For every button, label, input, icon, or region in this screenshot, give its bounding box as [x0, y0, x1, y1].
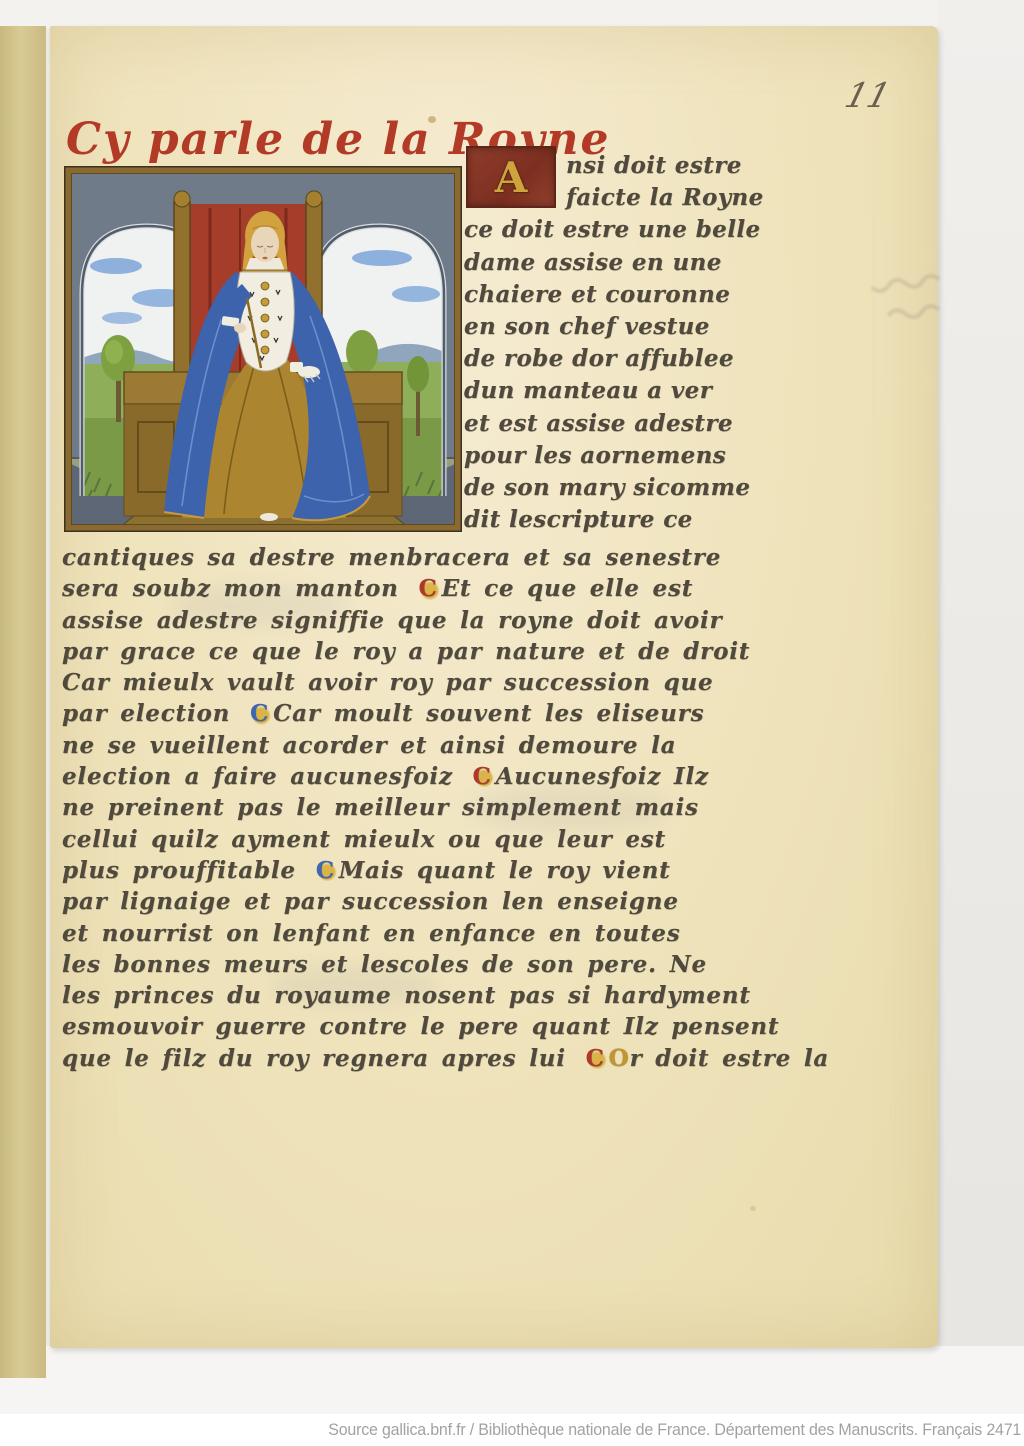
- text-line: dame assise en une: [464, 247, 824, 279]
- body-text-block: cantiques sa destre menbracera et sa sen…: [62, 542, 822, 1074]
- chapter-opening-text: nsi doit estrefaicte la Roynece doit est…: [464, 150, 824, 536]
- text-line: en son chef vestue: [464, 311, 824, 343]
- queen-miniature: [64, 166, 462, 532]
- text-line: faicte la Royne: [464, 182, 824, 214]
- text-line: Car mieulx vault avoir roy par successio…: [62, 667, 822, 698]
- text-line: chaiere et couronne: [464, 279, 824, 311]
- text-segment: cellui quilz ayment mieulx ou que leur e…: [62, 826, 666, 853]
- text-segment: de son mary sicomme: [464, 474, 750, 501]
- text-line: dit lescripture ce: [464, 504, 824, 536]
- scanner-background-top: [0, 0, 1024, 28]
- text-segment: Car moult souvent les eliseurs: [273, 700, 704, 727]
- text-line: ne preinent pas le meilleur simplement m…: [62, 792, 822, 823]
- text-segment: Car mieulx vault avoir roy par successio…: [62, 669, 713, 696]
- text-segment: par election: [62, 700, 243, 727]
- text-line: ne se vueillent acorder et ainsi demoure…: [62, 730, 822, 761]
- pilcrow-mark: C: [314, 855, 337, 886]
- text-segment: chaiere et couronne: [464, 281, 730, 308]
- text-segment: assise adestre signiffie que la royne do…: [62, 607, 722, 634]
- text-segment: de robe dor affublee: [464, 345, 734, 372]
- parchment-stain: [750, 1206, 756, 1211]
- text-line: cantiques sa destre menbracera et sa sen…: [62, 542, 822, 573]
- text-segment: les bonnes meurs et lescoles de son pere…: [62, 951, 707, 978]
- text-line: pour les aornemens: [464, 440, 824, 472]
- text-segment: pour les aornemens: [464, 442, 726, 469]
- text-segment: et nourrist on lenfant en enfance en tou…: [62, 920, 680, 947]
- text-segment: r doit estre la: [630, 1045, 830, 1072]
- gold-initial: O: [609, 1045, 630, 1072]
- text-line: plus prouffitable CMais quant le roy vie…: [62, 855, 822, 886]
- text-segment: dun manteau a ver: [464, 377, 712, 404]
- text-segment: cantiques sa destre menbracera et sa sen…: [62, 544, 721, 571]
- text-line: de robe dor affublee: [464, 343, 824, 375]
- text-segment: ne preinent pas le meilleur simplement m…: [62, 794, 699, 821]
- text-segment: dit lescripture ce: [464, 506, 693, 533]
- text-segment: dame assise en une: [464, 249, 722, 276]
- scanner-background-right: [938, 0, 1024, 1414]
- pilcrow-mark: C: [584, 1043, 607, 1074]
- text-segment: sera soubz mon manton: [62, 575, 411, 602]
- text-line: par grace ce que le roy a par nature et …: [62, 636, 822, 667]
- text-line: par lignaige et par succession len ensei…: [62, 886, 822, 917]
- pilcrow-mark: C: [416, 573, 439, 604]
- text-segment: election a faire aucunesfoiz: [62, 763, 466, 790]
- ink-showthrough: [850, 251, 953, 357]
- text-segment: Aucunesfoiz Ilz: [496, 763, 709, 790]
- text-line: election a faire aucunesfoiz CAucunesfoi…: [62, 761, 822, 792]
- text-line: les bonnes meurs et lescoles de son pere…: [62, 949, 822, 980]
- text-segment: nsi doit estre: [566, 152, 742, 179]
- text-line: de son mary sicomme: [464, 472, 824, 504]
- source-attribution-text: Source gallica.bnf.fr / Bibliothèque nat…: [328, 1420, 1021, 1440]
- text-segment: esmouvoir guerre contre le pere quant Il…: [62, 1013, 779, 1040]
- text-line: nsi doit estre: [464, 150, 824, 182]
- text-line: dun manteau a ver: [464, 375, 824, 407]
- text-line: assise adestre signiffie que la royne do…: [62, 605, 822, 636]
- text-segment: Et ce que elle est: [442, 575, 694, 602]
- text-line: esmouvoir guerre contre le pere quant Il…: [62, 1011, 822, 1042]
- text-segment: par lignaige et par succession len ensei…: [62, 888, 679, 915]
- text-line: ce doit estre une belle: [464, 214, 824, 246]
- text-segment: faicte la Royne: [566, 184, 764, 211]
- text-segment: que le filz du roy regnera apres lui: [62, 1045, 579, 1072]
- text-segment: ne se vueillent acorder et ainsi demoure…: [62, 732, 676, 759]
- text-line: que le filz du roy regnera apres lui COr…: [62, 1043, 822, 1074]
- text-line: sera soubz mon manton CEt ce que elle es…: [62, 573, 822, 604]
- text-line: par election CCar moult souvent les elis…: [62, 698, 822, 729]
- text-segment: et est assise adestre: [464, 410, 733, 437]
- text-segment: Mais quant le roy vient: [339, 857, 671, 884]
- text-segment: les princes du royaume nosent pas si har…: [62, 982, 751, 1009]
- source-attribution-bar: Source gallica.bnf.fr / Bibliothèque nat…: [0, 1414, 1024, 1446]
- text-segment: en son chef vestue: [464, 313, 710, 340]
- text-line: cellui quilz ayment mieulx ou que leur e…: [62, 824, 822, 855]
- scanner-background-bottom: [0, 1346, 1024, 1414]
- text-line: et est assise adestre: [464, 408, 824, 440]
- text-segment: par grace ce que le roy a par nature et …: [62, 638, 750, 665]
- pilcrow-mark: C: [471, 761, 494, 792]
- text-segment: plus prouffitable: [62, 857, 309, 884]
- text-line: les princes du royaume nosent pas si har…: [62, 980, 822, 1011]
- text-segment: ce doit estre une belle: [464, 216, 761, 243]
- pilcrow-mark: C: [248, 698, 271, 729]
- text-line: et nourrist on lenfant en enfance en tou…: [62, 918, 822, 949]
